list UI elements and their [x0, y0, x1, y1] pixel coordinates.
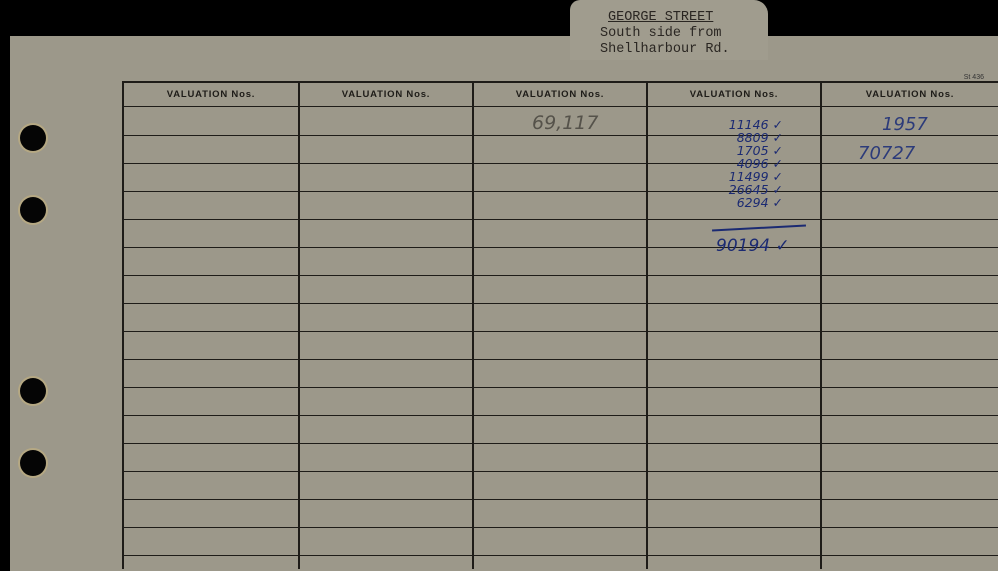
- row-rule: [124, 191, 998, 192]
- column-header: VALUATION Nos.: [822, 83, 998, 105]
- form-code: St 436: [964, 74, 984, 81]
- column-header: VALUATION Nos.: [124, 83, 298, 105]
- row-rule: [124, 555, 998, 556]
- row-rule: [124, 387, 998, 388]
- column-3: VALUATION Nos.: [474, 83, 648, 569]
- column-header: VALUATION Nos.: [300, 83, 472, 105]
- entry-col4-total: 90194 ✓: [716, 236, 790, 256]
- row-rule: [124, 303, 998, 304]
- row-rule: [124, 415, 998, 416]
- column-header: VALUATION Nos.: [474, 83, 646, 105]
- punch-hole-icon: [20, 450, 46, 476]
- tab-label: GEORGE STREET South side from Shellharbo…: [600, 10, 730, 58]
- entry-col5-1: 1957: [882, 114, 928, 135]
- entry-col5-2: 70727: [858, 143, 915, 164]
- punch-hole-icon: [20, 197, 46, 223]
- row-rule: [124, 499, 998, 500]
- row-rule: [124, 275, 998, 276]
- row-rule: [124, 443, 998, 444]
- entry-col3: 69,117: [532, 112, 598, 134]
- row-rule: [124, 106, 998, 107]
- row-rule: [124, 135, 998, 136]
- row-rule: [124, 247, 998, 248]
- column-2: VALUATION Nos.: [300, 83, 474, 569]
- tab-line-1: South side from: [600, 26, 730, 42]
- column-1: VALUATION Nos.: [124, 83, 300, 569]
- row-rule: [124, 219, 998, 220]
- punch-hole-icon: [20, 378, 46, 404]
- punch-hole-icon: [20, 125, 46, 151]
- street-name: GEORGE STREET: [600, 10, 730, 26]
- column-header: VALUATION Nos.: [648, 83, 820, 105]
- row-rule: [124, 359, 998, 360]
- entry-col4-list: 11146 ✓ 8809 ✓ 1705 ✓ 4096 ✓ 11499 ✓ 266…: [705, 118, 783, 209]
- row-rule: [124, 471, 998, 472]
- row-rule: [124, 527, 998, 528]
- entry: 6294 ✓: [705, 196, 783, 209]
- tab-line-2: Shellharbour Rd.: [600, 42, 730, 58]
- row-rule: [124, 331, 998, 332]
